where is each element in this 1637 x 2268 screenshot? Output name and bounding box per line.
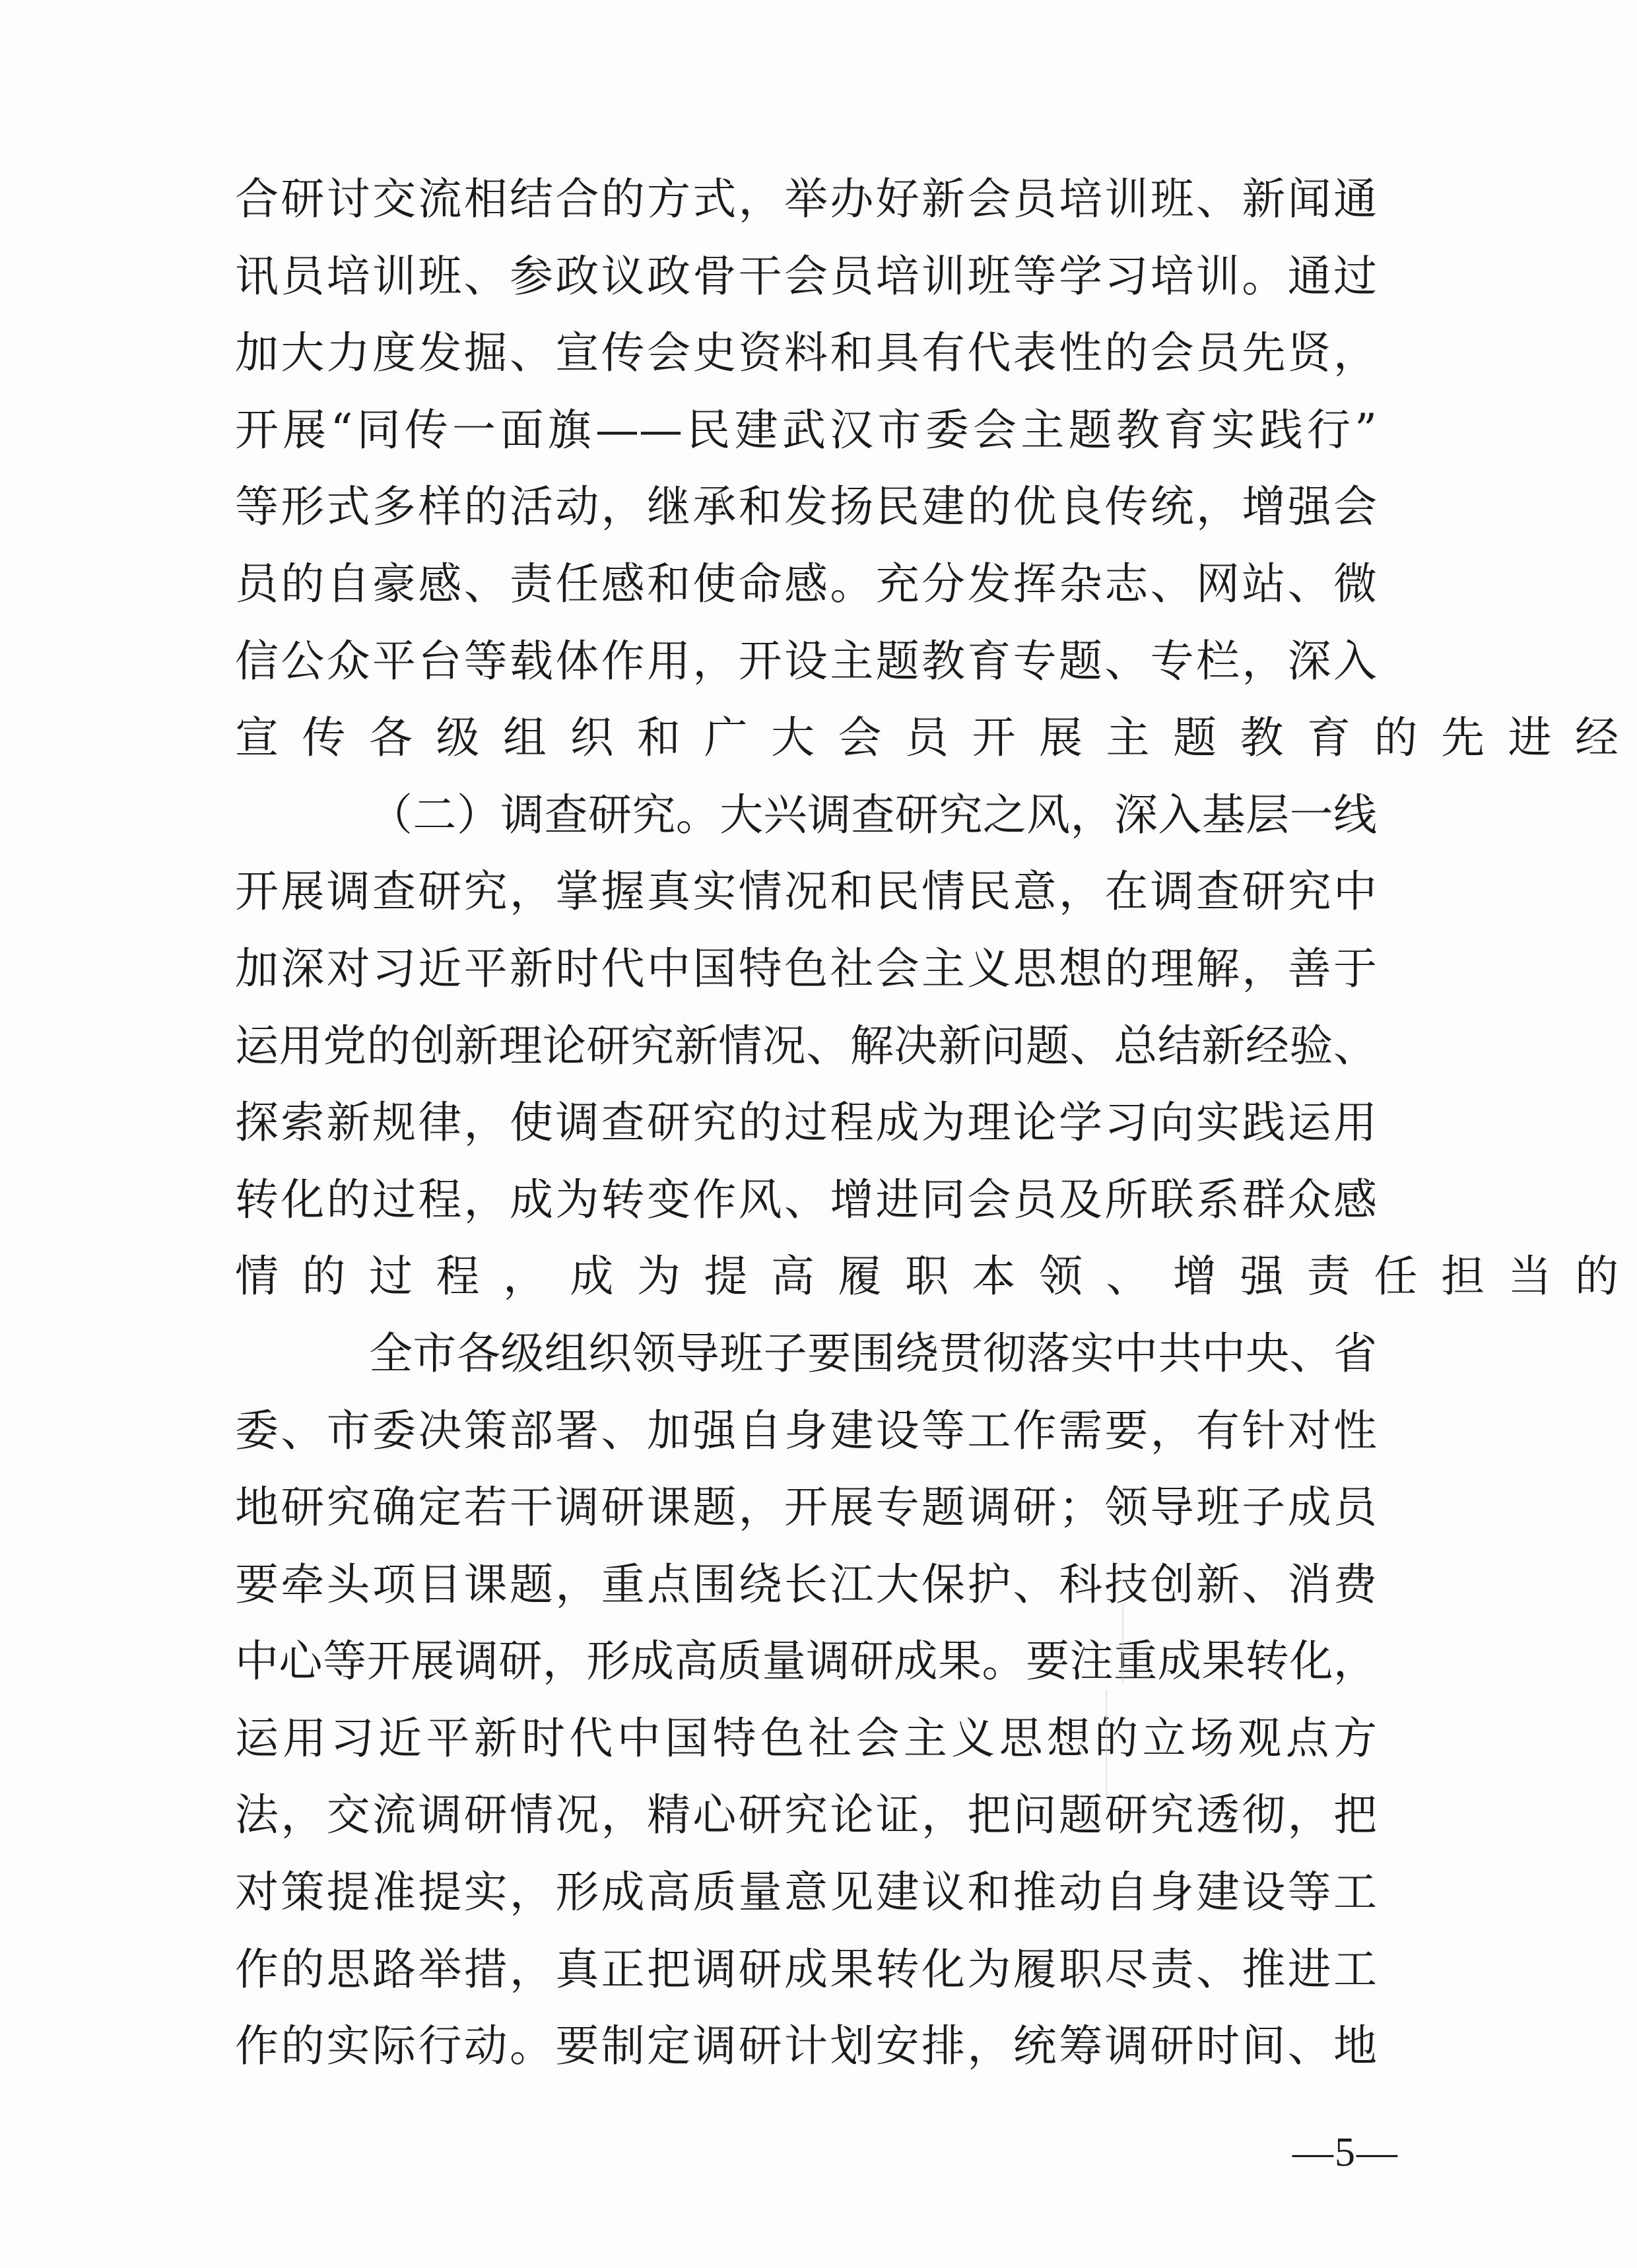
- text-line: 信公众平台等载体作用，开设主题教育专题、专栏，深入: [235, 623, 1377, 700]
- text-line: 作的实际行动。要制定调研计划安排，统筹调研时间、地: [235, 2008, 1377, 2085]
- text-line: 等形式多样的活动，继承和发扬民建的优良传统，增强会: [235, 469, 1377, 546]
- text-line: 转化的过程，成为转变作风、增进同会员及所联系群众感: [235, 1162, 1377, 1239]
- body-text: 合研讨交流相结合的方式，举办好新会员培训班、新闻通 讯员培训班、参政议政骨干会员…: [235, 161, 1377, 2085]
- text-line: 开展“同传一面旗——民建武汉市委会主题教育实践行”: [235, 392, 1377, 469]
- text-line: 地研究确定若干调研课题，开展专题调研；领导班子成员: [235, 1469, 1377, 1547]
- text-line: 加大力度发掘、宣传会史资料和具有代表性的会员先贤，: [235, 315, 1377, 392]
- text-line: 探索新规律，使调查研究的过程成为理论学习向实践运用: [235, 1084, 1377, 1162]
- text-line: 委、市委决策部署、加强自身建设等工作需要，有针对性: [235, 1393, 1377, 1470]
- paragraph-end-line: 情的过程，成为提高履职本领、增强责任担当的过程。: [235, 1238, 1377, 1316]
- text-line: 法，交流调研情况，精心研究论证，把问题研究透彻，把: [235, 1777, 1377, 1854]
- section-heading-line: （二）调查研究。大兴调查研究之风，深入基层一线: [235, 777, 1377, 854]
- text-line: 作的思路举措，真正把调研成果转化为履职尽责、推进工: [235, 1931, 1377, 2009]
- text-line: 加深对习近平新时代中国特色社会主义思想的理解，善于: [235, 931, 1377, 1008]
- scan-artifact: [1122, 1604, 1123, 1683]
- text-line: 合研讨交流相结合的方式，举办好新会员培训班、新闻通: [235, 161, 1377, 238]
- text-line: 对策提准提实，形成高质量意见建议和推动自身建设等工: [235, 1854, 1377, 1931]
- text-line: 运用习近平新时代中国特色社会主义思想的立场观点方: [235, 1700, 1377, 1778]
- paragraph-end-line: 宣传各级组织和广大会员开展主题教育的先进经验。: [235, 700, 1377, 777]
- document-page: 合研讨交流相结合的方式，举办好新会员培训班、新闻通 讯员培训班、参政议政骨干会员…: [0, 0, 1637, 2268]
- text-line: 中心等开展调研，形成高质量调研成果。要注重成果转化，: [235, 1623, 1377, 1700]
- scan-artifact: [1106, 1690, 1107, 1795]
- text-line: 员的自豪感、责任感和使命感。充分发挥杂志、网站、微: [235, 546, 1377, 623]
- text-line: 讯员培训班、参政议政骨干会员培训班等学习培训。通过: [235, 238, 1377, 316]
- paragraph-start-line: 全市各级组织领导班子要围绕贯彻落实中共中央、省: [235, 1316, 1377, 1393]
- text-line: 要牵头项目课题，重点围绕长江大保护、科技创新、消费: [235, 1547, 1377, 1624]
- page-number: —5—: [1292, 2129, 1399, 2176]
- text-line: 运用党的创新理论研究新情况、解决新问题、总结新经验、: [235, 1008, 1377, 1085]
- text-line: 开展调查研究，掌握真实情况和民情民意，在调查研究中: [235, 853, 1377, 931]
